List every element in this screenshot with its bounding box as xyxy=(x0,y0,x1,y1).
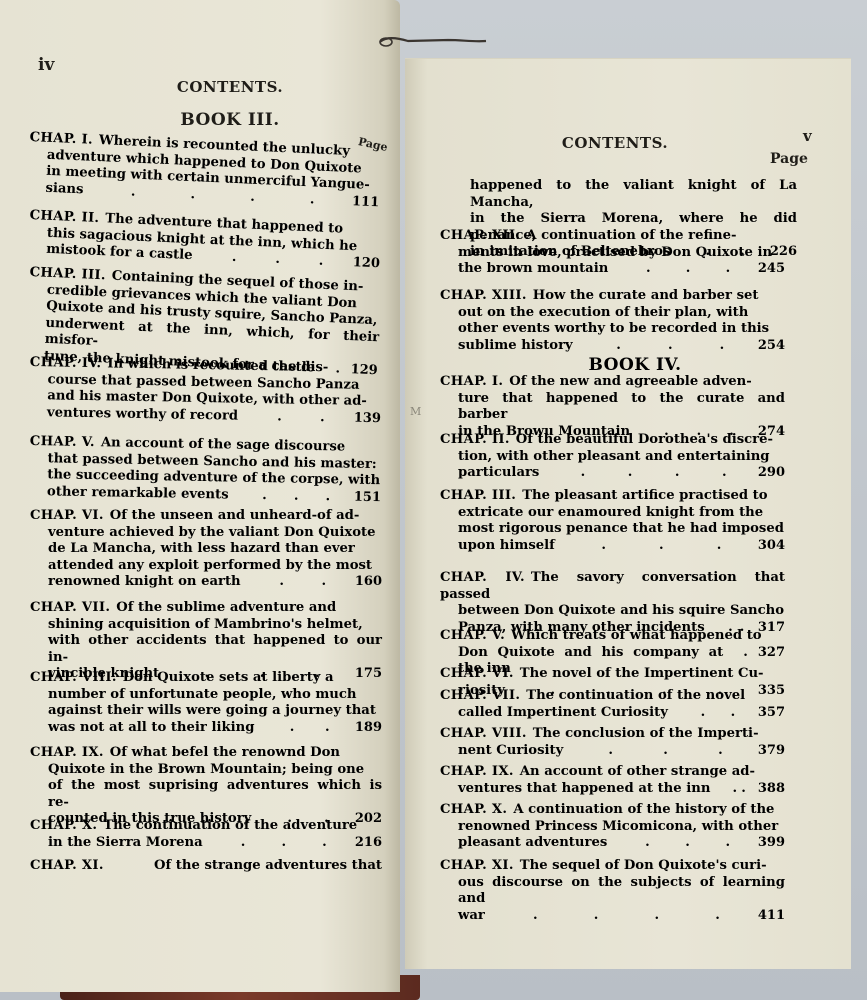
page-number: 111 xyxy=(352,194,380,212)
chapter-number: CHAP. V. xyxy=(30,434,95,450)
chapter-title-line: out on the execution of their plan, with xyxy=(458,305,748,320)
toc-entry-book4-4: CHAP. IV.The savory conversation that pa… xyxy=(440,570,785,636)
chapter-title-line: upon himself xyxy=(458,538,555,555)
page-number: 388 xyxy=(758,781,785,798)
toc-entry-book4-7: CHAP. VII.The continuation of the novelc… xyxy=(440,688,785,721)
chapter-title-line: An account of other strange ad- xyxy=(520,764,755,779)
chapter-number: CHAP. II. xyxy=(440,432,510,447)
chapter-number: CHAP. I. xyxy=(29,130,93,148)
chapter-number: CHAP. IV. xyxy=(440,570,525,585)
chapter-number: CHAP. V. xyxy=(440,628,505,643)
chapter-title-line: sians xyxy=(45,180,84,198)
chapter-title-line: The conclusion of the Imperti- xyxy=(533,726,759,741)
dot-leader: ... xyxy=(555,538,758,555)
page-number: 189 xyxy=(355,720,382,737)
chapter-title-line: extricate our enamoured knight from the xyxy=(458,505,763,520)
page-number: 160 xyxy=(355,574,382,591)
chapter-title-line: Of the strange adventures that xyxy=(154,858,382,875)
chapter-title-line: Don Quixote sets at liberty a xyxy=(123,670,334,685)
chapter-title-line: ventures that happened at the inn xyxy=(458,781,710,798)
chapter-number: CHAP. X. xyxy=(440,802,507,817)
dot-leader: .. xyxy=(241,574,355,591)
chapter-title-line: with other accidents that happened to ou… xyxy=(48,633,382,665)
page-number: 399 xyxy=(758,835,785,852)
chapter-title-line: Of the unseen and unheard-of ad- xyxy=(110,508,360,523)
chapter-title-line: other remarkable events xyxy=(47,484,229,504)
chapter-number: CHAP. XII. xyxy=(440,228,520,243)
toc-entry-book4-8: CHAP. VIII.The conclusion of the Imperti… xyxy=(440,726,785,759)
chapter-title-line: tion, with other pleasant and entertaini… xyxy=(458,449,770,464)
chapter-title-line: Of the sublime adventure and xyxy=(116,600,336,615)
chapter-title-line: of the most suprising adventures which i… xyxy=(48,778,382,810)
page-number: 245 xyxy=(758,261,785,278)
chapter-number: CHAP. III. xyxy=(440,488,516,503)
bookmark-ribbon-icon xyxy=(378,36,488,48)
dot-leader: .... xyxy=(539,465,757,482)
chapter-number: CHAP. I. xyxy=(440,374,503,389)
chapter-title-line: between Don Quixote and his squire Sanch… xyxy=(458,603,784,618)
page-number: 216 xyxy=(355,835,382,852)
chapter-title-line: ous discourse on the subjects of learnin… xyxy=(458,875,785,907)
chapter-title-line: Which treats of what happened to xyxy=(511,628,762,643)
chapter-number: CHAP. VI. xyxy=(30,508,104,523)
page-number: 254 xyxy=(758,338,785,355)
toc-entry-book3-12: CHAP. XII.A continuation of the refine-m… xyxy=(440,228,785,278)
chapter-title-line: other events worthy to be recorded in th… xyxy=(458,321,769,336)
chapter-title-line: happened to the valiant knight of La Man… xyxy=(470,178,797,210)
right-page-column-label: Page xyxy=(770,151,808,167)
chapter-title-line: shining acquisition of Mambrino's helmet… xyxy=(48,617,363,632)
page-number: 120 xyxy=(352,255,380,273)
chapter-title-line: renowned Princess Micomicona, with other xyxy=(458,819,778,834)
chapter-title-line: the brown mountain xyxy=(458,261,608,278)
dot-leader: ... xyxy=(563,743,758,760)
page-number: 304 xyxy=(758,538,785,555)
chapter-title-line: venture achieved by the valiant Don Quix… xyxy=(48,525,376,540)
chapter-number: CHAP. II. xyxy=(29,208,99,226)
page-number: 327 xyxy=(758,645,785,662)
toc-entry-book3-8: CHAP. VIII.Don Quixote sets at liberty a… xyxy=(30,670,382,736)
chapter-title-line: was not at all to their liking xyxy=(48,720,254,737)
chapter-title-line: Of what befel the renownd Don xyxy=(110,745,340,760)
chapter-title-line: called Impertinent Curiosity xyxy=(458,705,668,722)
chapter-number: CHAP. X. xyxy=(30,818,97,833)
dot-leader: ... xyxy=(228,487,353,506)
chapter-title-line: How the curate and barber set xyxy=(533,288,759,303)
toc-entry-book4-2: CHAP. II.Of the beautiful Dorothea's dis… xyxy=(440,432,785,482)
chapter-number: CHAP. XIII. xyxy=(440,288,527,303)
chapter-title-line: ventures worthy of record xyxy=(47,405,238,425)
chapter-title-line: A continuation of the history of the xyxy=(513,802,774,817)
right-running-head: CONTENTS. xyxy=(545,134,685,152)
chapter-number: CHAP. IV. xyxy=(30,355,102,371)
chapter-number: CHAP. VI. xyxy=(440,666,514,681)
page-number: 290 xyxy=(758,465,785,482)
chapter-title-line: Of the beautiful Dorothea's discre- xyxy=(516,432,773,447)
chapter-title-line: sublime history xyxy=(458,338,573,355)
chapter-title-line: The continuation of the novel xyxy=(526,688,745,703)
toc-entry-book4-11: CHAP. XI.The sequel of Don Quixote's cur… xyxy=(440,858,785,924)
page-number: 357 xyxy=(758,705,785,722)
page-number: 379 xyxy=(758,743,785,760)
chapter-title-line: against their wills were going a journey… xyxy=(48,703,376,718)
chapter-number: CHAP. IX. xyxy=(440,764,514,779)
chapter-number: CHAP. IX. xyxy=(30,745,104,760)
dot-leader: .. xyxy=(254,720,354,737)
chapter-title-line: The sequel of Don Quixote's curi- xyxy=(520,858,767,873)
toc-entry-book3-11: CHAP. XI.Of the strange adventures that xyxy=(30,858,382,875)
chapter-title-line: ments in love, practised by Don Quixote … xyxy=(458,245,772,260)
dot-leader: ... xyxy=(573,338,758,355)
chapter-title-line: particulars xyxy=(458,465,539,482)
chapter-title-line: The novel of the Impertinent Cu- xyxy=(520,666,764,681)
chapter-number: CHAP. VII. xyxy=(440,688,520,703)
chapter-title-line: ture that happened to the curate and bar… xyxy=(458,391,785,423)
page-number: 151 xyxy=(354,489,381,506)
book-iii-heading: BOOK III. xyxy=(150,110,310,130)
chapter-title-line: renowned knight on earth xyxy=(48,574,241,591)
page-number: 139 xyxy=(354,410,381,427)
dot-leader: ... xyxy=(203,835,355,852)
toc-entry-book3-5: CHAP. V.An account of the sage discourse… xyxy=(29,434,382,506)
dot-leader: . xyxy=(723,645,758,662)
chapter-title-line: Of the new and agreeable adven- xyxy=(509,374,751,389)
toc-entry-book4-9: CHAP. IX.An account of other strange ad-… xyxy=(440,764,785,797)
chapter-title-line: The pleasant artifice practised to xyxy=(522,488,767,503)
dot-leader: ... xyxy=(608,261,758,278)
chapter-title-line: number of unfortunate people, who much xyxy=(48,687,357,702)
chapter-number: CHAP. XI. xyxy=(30,858,104,875)
dot-leader: .... xyxy=(485,908,758,925)
dot-leader: ... xyxy=(607,835,758,852)
dot-leader: .. xyxy=(710,781,757,798)
chapter-title-line: most rigorous penance that he had impose… xyxy=(458,521,784,536)
chapter-title-line: pleasant adventures xyxy=(458,835,607,852)
toc-entry-book3-10: CHAP. X.The continuation of the adventur… xyxy=(30,818,382,851)
chapter-title-line: Quixote in the Brown Mountain; being one xyxy=(48,762,364,777)
chapter-title-line: war xyxy=(458,908,485,925)
chapter-number: CHAP. III. xyxy=(29,265,106,283)
toc-entry-book3-4: CHAP. IV.In which is recounted the dis-c… xyxy=(29,355,382,427)
chapter-number: CHAP. VIII. xyxy=(30,670,117,685)
chapter-title-line: In which is recounted the dis- xyxy=(107,356,328,375)
chapter-title-line: de La Mancha, with less hazard than ever xyxy=(48,541,355,556)
chapter-title-line: A continuation of the refine- xyxy=(526,228,736,243)
page-number: 411 xyxy=(758,908,785,925)
toc-entry-book4-10: CHAP. X.A continuation of the history of… xyxy=(440,802,785,852)
toc-entry-book3-6: CHAP. VI.Of the unseen and unheard-of ad… xyxy=(30,508,382,591)
chapter-title-line: in the Sierra Morena xyxy=(48,835,203,852)
toc-entry-book3-13: CHAP. XIII.How the curate and barber set… xyxy=(440,288,785,354)
right-folio: v xyxy=(803,127,812,145)
left-running-head: CONTENTS. xyxy=(160,78,300,96)
dot-leader: .. xyxy=(668,705,758,722)
chapter-number: CHAP. VII. xyxy=(30,600,110,615)
toc-entry-book3-9: CHAP. IX.Of what befel the renownd DonQu… xyxy=(30,745,382,828)
chapter-title-line: The continuation of the adventure xyxy=(103,818,357,833)
toc-entry-book4-3: CHAP. III.The pleasant artifice practise… xyxy=(440,488,785,554)
left-folio: iv xyxy=(38,55,54,75)
chapter-number: CHAP. XI. xyxy=(440,858,514,873)
chapter-number: CHAP. VIII. xyxy=(440,726,527,741)
book-iv-heading: BOOK IV. xyxy=(565,355,705,375)
chapter-title-line: attended any exploit performed by the mo… xyxy=(48,558,372,573)
dot-leader: .. xyxy=(238,408,354,427)
toc-entry-book4-1: CHAP. I.Of the new and agreeable adven-t… xyxy=(440,374,785,440)
gutter-mark: M xyxy=(410,405,421,418)
chapter-title-line: nent Curiosity xyxy=(458,743,563,760)
